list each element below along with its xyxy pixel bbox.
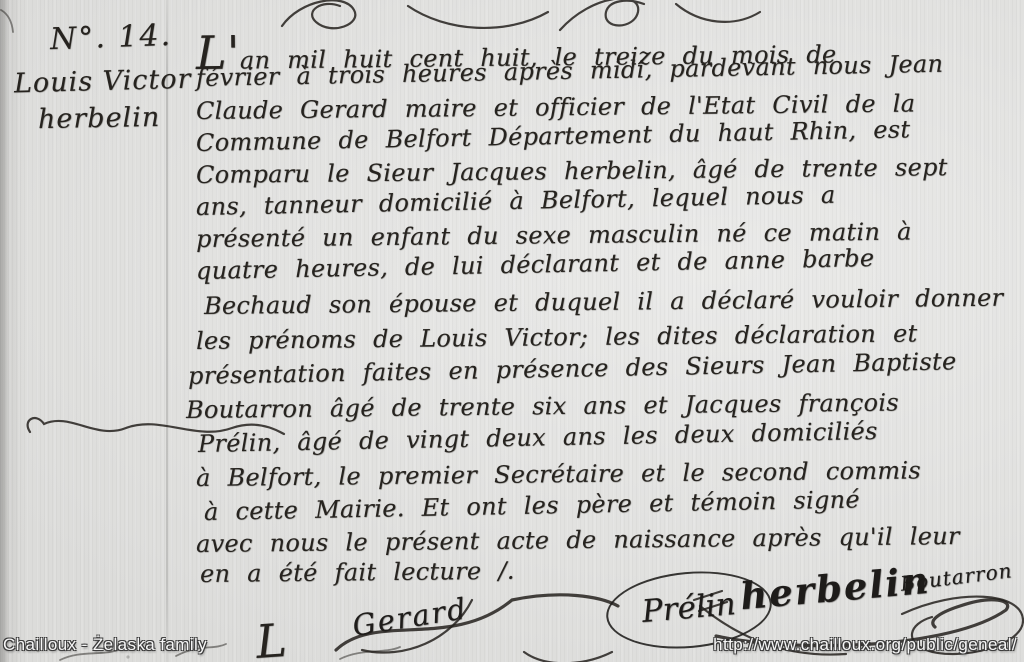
act-text-line: à cette Mairie. Et ont les père et témoi… [204,485,860,526]
next-entry-initial: L [254,613,288,662]
act-text-line: en a été fait lecture /. [200,557,515,588]
watermark-url-caption: http://www.chailloux.org/public/geneal/ [713,635,1017,655]
act-text-line: avec nous le présent acte de naissance a… [196,522,960,558]
watermark-family-caption: Chailloux - Żelaska family [3,635,207,655]
top-flourish-icon [676,4,760,22]
signature-gerard: Gerard [350,591,470,643]
paper-stain [126,655,129,658]
margin-name-line: herbelin [38,102,161,135]
scanned-register-page: N°. 14. Louis Victor herbelin L'an mil h… [0,0,1024,662]
margin-crease-line [166,0,168,662]
margin-name-line: Louis Victor [14,64,192,100]
act-text-line: Prélin, âgé de vingt deux ans les deux d… [198,417,878,458]
pretin-tail-icon [524,652,612,662]
act-text-line: Bechaud son épouse et duquel il a déclar… [204,284,1004,320]
act-number: N°. 14. [49,18,172,57]
bottom-cut-strokes-icon [340,647,400,659]
page-left-edge-shading [0,0,8,662]
